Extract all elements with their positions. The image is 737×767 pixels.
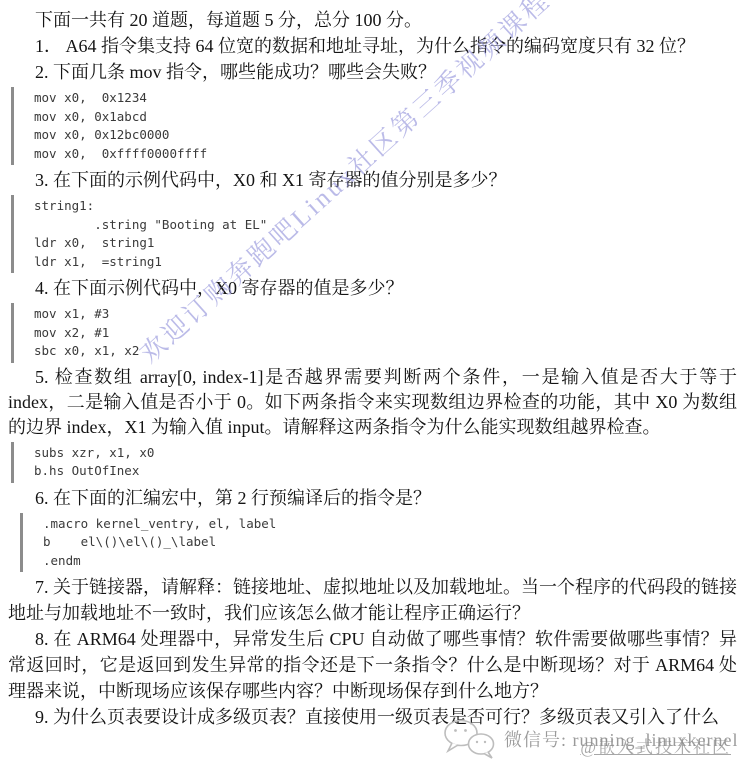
code-line: string1: xyxy=(34,197,737,216)
question-3: 3. 在下面的示例代码中，X0 和 X1 寄存器的值分别是多少？ xyxy=(8,167,737,193)
question-2: 2. 下面几条 mov 指令，哪些能成功？哪些会失败？ xyxy=(8,59,737,85)
code-line: .macro kernel_ventry, el, label xyxy=(43,515,737,534)
code-line: mov x2, #1 xyxy=(34,324,737,343)
exam-page: 下面一共有 20 道题，每道题 5 分，总分 100 分。 1． A64 指令集… xyxy=(0,0,737,730)
question-8: 8. 在 ARM64 处理器中，异常发生后 CPU 自动做了哪些事情？软件需要做… xyxy=(8,626,737,704)
question-5: 5. 检查数组 array[0, index-1]是否越界需要判断两个条件，一是… xyxy=(8,365,737,440)
code-line: ldr x0, string1 xyxy=(34,234,737,253)
code-line: .string "Booting at EL" xyxy=(34,216,737,235)
question-6: 6. 在下面的汇编宏中，第 2 行预编译后的指令是？ xyxy=(8,485,737,511)
question-7: 7. 关于链接器，请解释：链接地址、虚拟地址以及加载地址。当一个程序的代码段的链… xyxy=(8,574,737,626)
question-1: 1． A64 指令集支持 64 位宽的数据和地址寻址，为什么指令的编码宽度只有 … xyxy=(8,33,737,59)
code-block-string-literal: string1: .string "Booting at EL" ldr x0,… xyxy=(11,195,737,273)
intro-text: 下面一共有 20 道题，每道题 5 分，总分 100 分。 xyxy=(8,7,737,33)
code-block-bounds-check: subs xzr, x1, x0 b.hs OutOfInex xyxy=(11,442,737,483)
code-line: mov x0, 0xffff0000ffff xyxy=(34,145,737,164)
code-block-mov-immediates: mov x0, 0x1234 mov x0, 0x1abcd mov x0, 0… xyxy=(11,87,737,165)
code-line: mov x0, 0x1abcd xyxy=(34,108,737,127)
code-line: sbc x0, x1, x2 xyxy=(34,342,737,361)
code-line: mov x0, 0x12bc0000 xyxy=(34,126,737,145)
code-line: ldr x1, =string1 xyxy=(34,253,737,272)
code-block-sbc-example: mov x1, #3 mov x2, #1 sbc x0, x1, x2 xyxy=(11,303,737,363)
code-line: b el\()\el\()_\label xyxy=(43,533,737,552)
community-overlay-watermark: @嵌入式技术社区 xyxy=(580,733,731,758)
exam-document: { "content": { "intro": "下面一共有 20 道题，每道题… xyxy=(0,0,737,767)
question-4: 4. 在下面示例代码中，X0 寄存器的值是多少？ xyxy=(8,275,737,301)
code-line: b.hs OutOfInex xyxy=(34,462,737,481)
code-line: mov x0, 0x1234 xyxy=(34,89,737,108)
code-line: subs xzr, x1, x0 xyxy=(34,444,737,463)
code-block-kernel-ventry-macro: .macro kernel_ventry, el, label b el\()\… xyxy=(20,513,737,573)
wechat-icon xyxy=(440,717,498,761)
code-line: mov x1, #3 xyxy=(34,305,737,324)
code-line: .endm xyxy=(43,552,737,571)
